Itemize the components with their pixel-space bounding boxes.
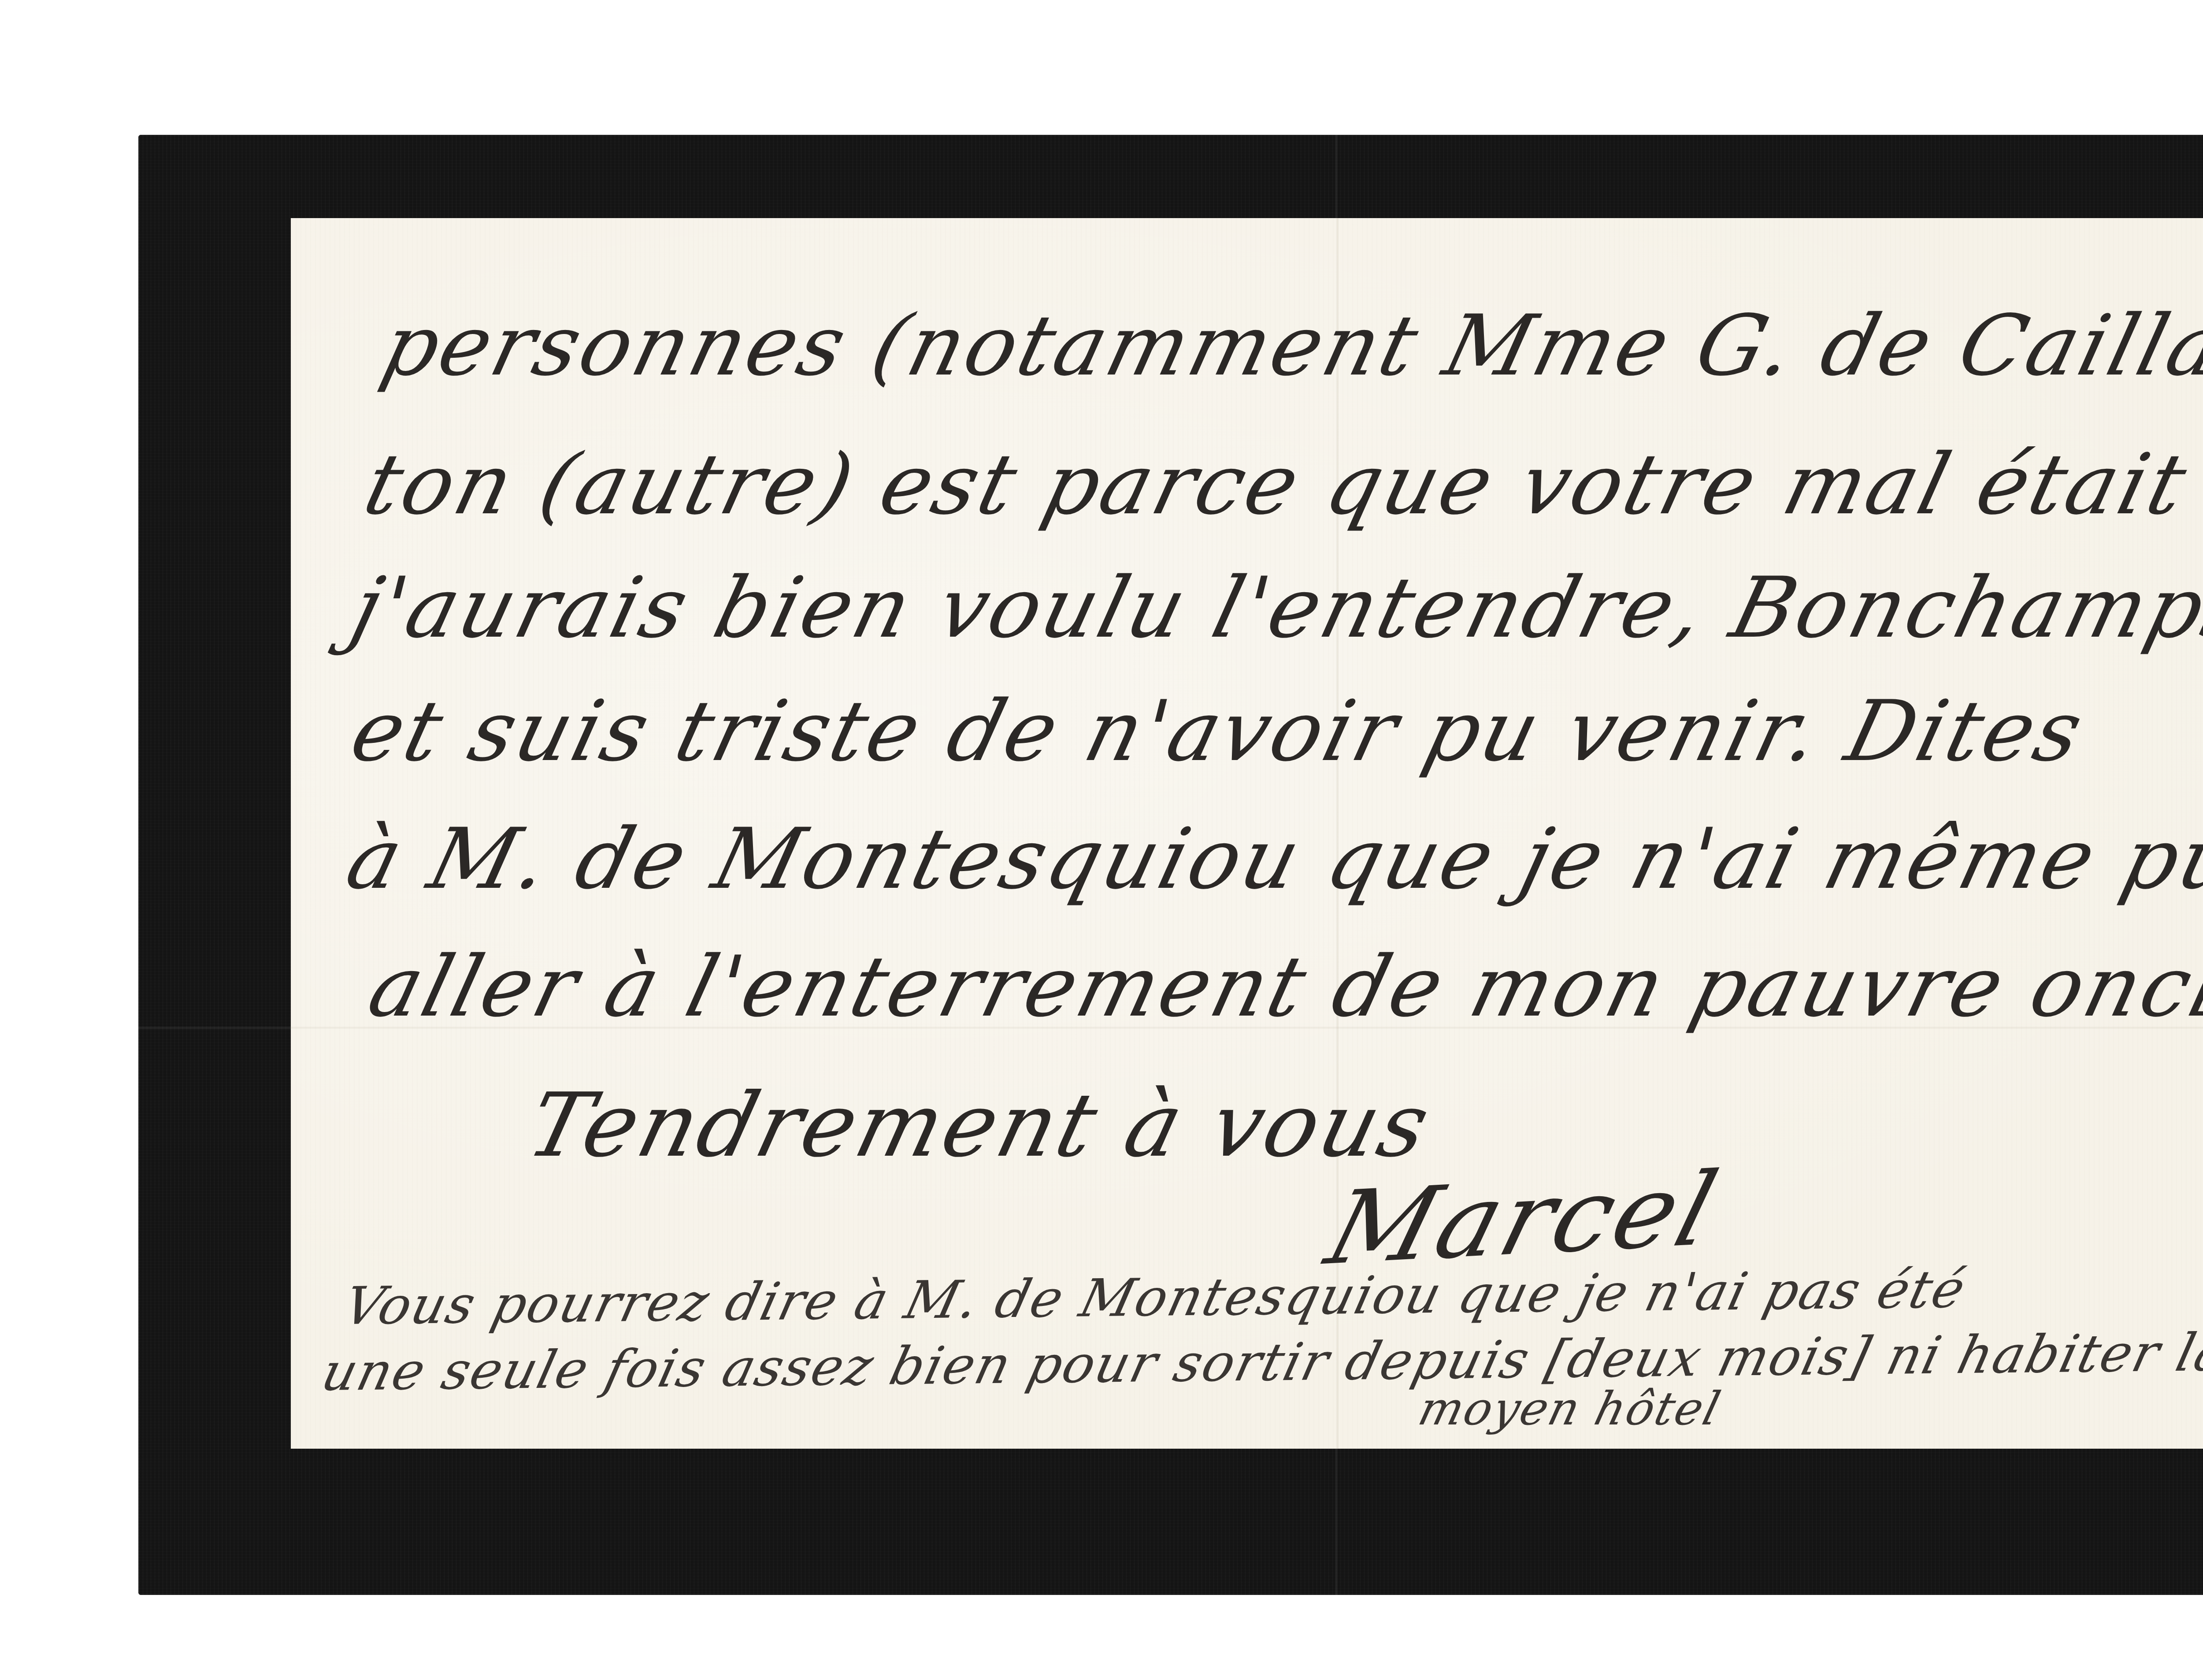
letter-paper: personnes (notamment Mme G. de Caillavet…: [291, 218, 2203, 1449]
letter-line-6: aller à l'enterrement de mon pauvre oncl…: [361, 945, 2203, 1029]
postscript-line-2: une seule fois assez bien pour sortir de…: [317, 1326, 2203, 1398]
letter-line-4: et suis triste de n'avoir pu venir. Dite…: [344, 690, 2092, 773]
mourning-card: personnes (notamment Mme G. de Caillavet…: [138, 135, 2203, 1595]
letter-line-2: ton (autre) est parce que votre mal étai…: [357, 443, 2203, 527]
letter-closing: Tendrement à vous: [520, 1082, 1439, 1170]
postscript-line-1: Vous pourrez dire à M. de Montesquiou qu…: [339, 1263, 1971, 1332]
letter-line-3: j'aurais bien voulu l'entendre, Bonchamp…: [344, 566, 2203, 650]
letter-line-1: personnes (notamment Mme G. de Caillavet…: [375, 304, 2203, 388]
letter-line-5: à M. de Montesquiou que je n'ai même pu …: [339, 817, 2203, 901]
postscript-line-3: moyen hôtel: [1414, 1386, 1726, 1432]
